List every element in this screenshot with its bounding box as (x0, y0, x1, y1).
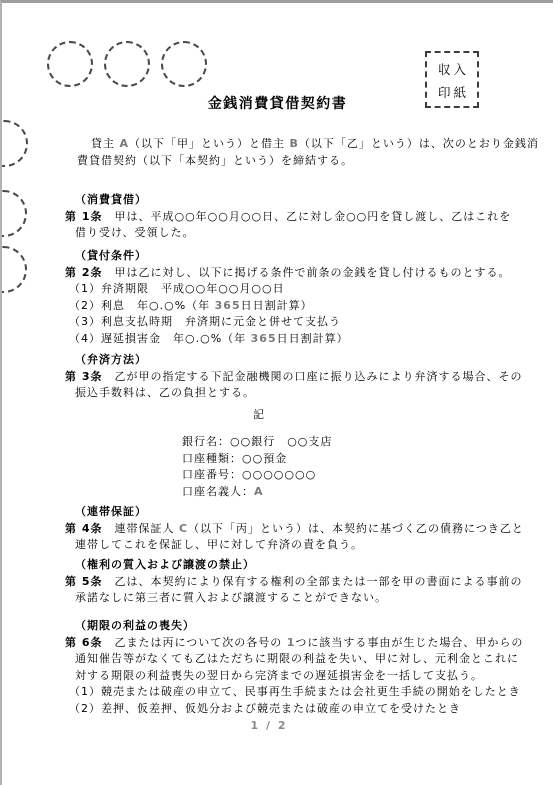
seal-placeholder-circle (161, 41, 207, 87)
section-pledge-transfer-prohibition: （権利の質入および譲渡の禁止） 第 5条 乙は、本契約により保有する権利の全部ま… (65, 557, 505, 607)
article-3-paragraph: 第 3条 乙が甲の指定する下記金融機関の口座に振り込みにより弁済する場合、その振… (65, 369, 505, 402)
margin-seal-placeholder-circle (0, 246, 27, 293)
margin-seal-placeholder-circle (0, 120, 28, 167)
preamble-paragraph: 貸主 A（以下「甲」という）と借主 B（以下「乙」という）は、次のとおり金銭消費… (77, 136, 517, 169)
section-heading: （権利の質入および譲渡の禁止） (75, 557, 505, 574)
section-consumer-loan: （消費貸借） 第 1条 甲は、平成○○年○○月○○日、乙に対し金○○円を貸し渡し… (65, 192, 505, 242)
article-1-paragraph: 第 1条 甲は、平成○○年○○月○○日、乙に対し金○○円を貸し渡し、乙はこれを借… (65, 209, 505, 242)
page-number: 1 / 2 (2, 718, 536, 735)
article-5-paragraph: 第 5条 乙は、本契約により保有する権利の全部または一部を甲の書面による事前の承… (65, 574, 505, 607)
contract-document-page: 収入 印紙 金銭消費貸借契約書 貸主 A（以下「甲」という）と借主 B（以下「乙… (0, 0, 553, 785)
article-4-paragraph: 第 4条 連帯保証人 C（以下「丙」という）は、本契約に基づく乙の債務につき乙と… (65, 521, 505, 554)
section-loan-terms: （貸付条件） 第 2条 甲は乙に対し、以下に掲げる条件で前条の金銭を貸し付けるも… (65, 248, 505, 348)
margin-seal-placeholder-circle (0, 190, 27, 237)
article-2-item-list: （1）弁済期限 平成○○年○○月○○日（2）利息 年○.○%（年 365日日割計… (65, 281, 505, 347)
section-heading: （貸付条件） (75, 248, 505, 265)
section-heading: （期限の利益の喪失） (75, 618, 505, 635)
section-forfeiture-of-benefit-of-time: （期限の利益の喪失） 第 6条 乙または丙について次の各号の 1つに該当する事由… (65, 618, 505, 718)
section-heading: （弁済方法） (75, 352, 505, 369)
bank-account-details: 銀行名：○○銀行 ○○支店口座種類：○○預金口座番号：○○○○○○○口座名義人：… (182, 434, 332, 500)
revenue-stamp-label-line1: 収入 (427, 58, 477, 81)
section-heading: （連帯保証） (75, 504, 505, 521)
article-6-paragraph: 第 6条 乙または丙について次の各号の 1つに該当する事由が生じた場合、甲からの… (65, 635, 505, 685)
article-6-item-list: （1）競売または破産の申立て、民事再生手続または会社更生手続の開始をしたとき（2… (65, 684, 505, 717)
section-joint-guarantee: （連帯保証） 第 4条 連帯保証人 C（以下「丙」という）は、本契約に基づく乙の… (65, 504, 505, 554)
record-label: 記 (253, 407, 266, 424)
seal-placeholder-circle (47, 41, 93, 87)
document-title: 金銭消費貸借契約書 (2, 96, 553, 113)
seal-placeholder-circle (104, 41, 150, 87)
section-repayment-method: （弁済方法） 第 3条 乙が甲の指定する下記金融機関の口座に振り込みにより弁済す… (65, 352, 505, 402)
section-heading: （消費貸借） (75, 192, 505, 209)
article-2-paragraph: 第 2条 甲は乙に対し、以下に掲げる条件で前条の金銭を貸し付けるものとする。 (65, 265, 505, 282)
